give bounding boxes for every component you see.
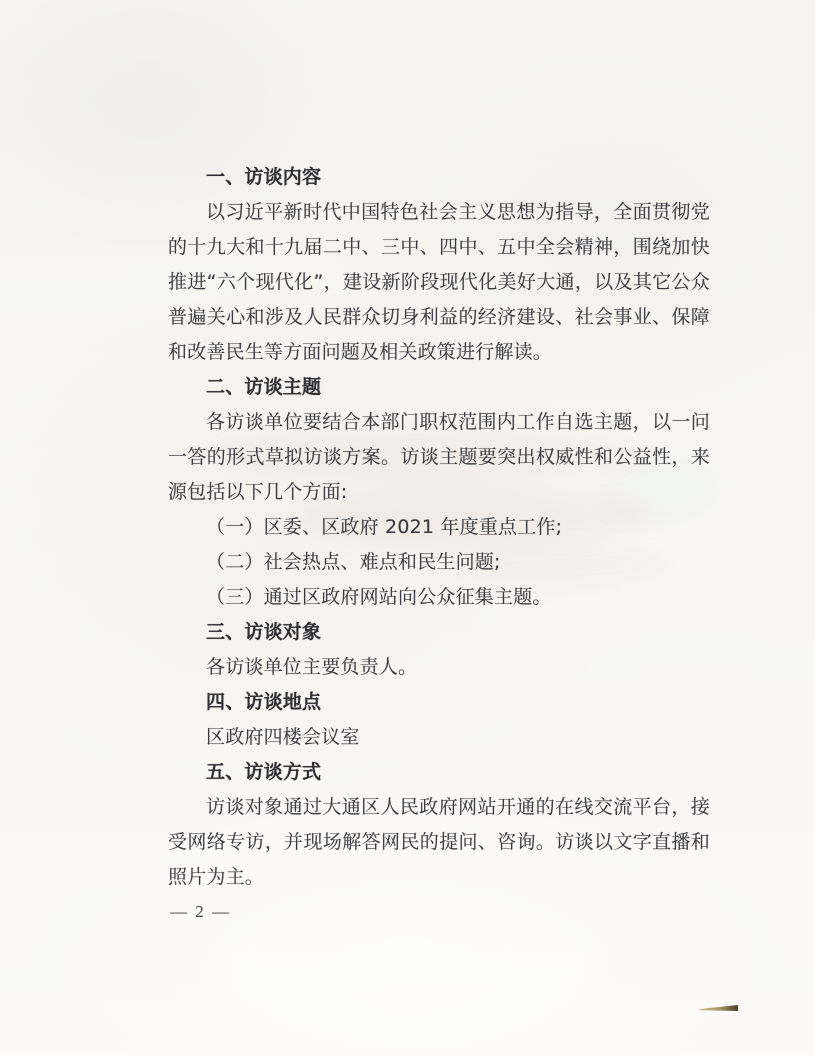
text-line: 受网络专访，并现场解答网民的提问、咨询。访谈以文字直播和 (168, 825, 710, 860)
text-line: 普遍关心和涉及人民群众切身利益的经济建设、社会事业、保障 (168, 300, 710, 335)
text-line: 和改善民生等方面问题及相关政策进行解读。 (168, 335, 710, 370)
scan-artifact (699, 1005, 738, 1011)
text-block: 一、访谈内容以习近平新时代中国特色社会主义思想为指导，全面贯彻党的十九大和十九届… (168, 160, 710, 895)
text-line: 源包括以下几个方面: (168, 475, 710, 510)
section-heading: 一、访谈内容 (168, 160, 710, 195)
section-heading: 三、访谈对象 (168, 615, 710, 650)
text-line: 各访谈单位要结合本部门职权范围内工作自选主题，以一问 (168, 405, 710, 440)
text-line: 照片为主。 (168, 860, 710, 895)
text-line: 区政府四楼会议室 (168, 720, 710, 755)
text-line: （一）区委、区政府 2021 年度重点工作; (168, 510, 710, 545)
section-heading: 二、访谈主题 (168, 370, 710, 405)
document-page: 一、访谈内容以习近平新时代中国特色社会主义思想为指导，全面贯彻党的十九大和十九届… (0, 0, 815, 1055)
section-heading: 五、访谈方式 (168, 755, 710, 790)
text-line: 访谈对象通过大通区人民政府网站开通的在线交流平台，接 (168, 790, 710, 825)
text-line: （二）社会热点、难点和民生问题; (168, 545, 710, 580)
text-line: 的十九大和十九届二中、三中、四中、五中全会精神，围绕加快 (168, 230, 710, 265)
text-line: （三）通过区政府网站向公众征集主题。 (168, 580, 710, 615)
page-number: — 2 — (170, 902, 231, 922)
section-heading: 四、访谈地点 (168, 685, 710, 720)
text-line: 各访谈单位主要负责人。 (168, 650, 710, 685)
text-line: 一答的形式草拟访谈方案。访谈主题要突出权威性和公益性，来 (168, 440, 710, 475)
text-line: 以习近平新时代中国特色社会主义思想为指导，全面贯彻党 (168, 195, 710, 230)
text-line: 推进“六个现代化”，建设新阶段现代化美好大通，以及其它公众 (168, 265, 710, 300)
